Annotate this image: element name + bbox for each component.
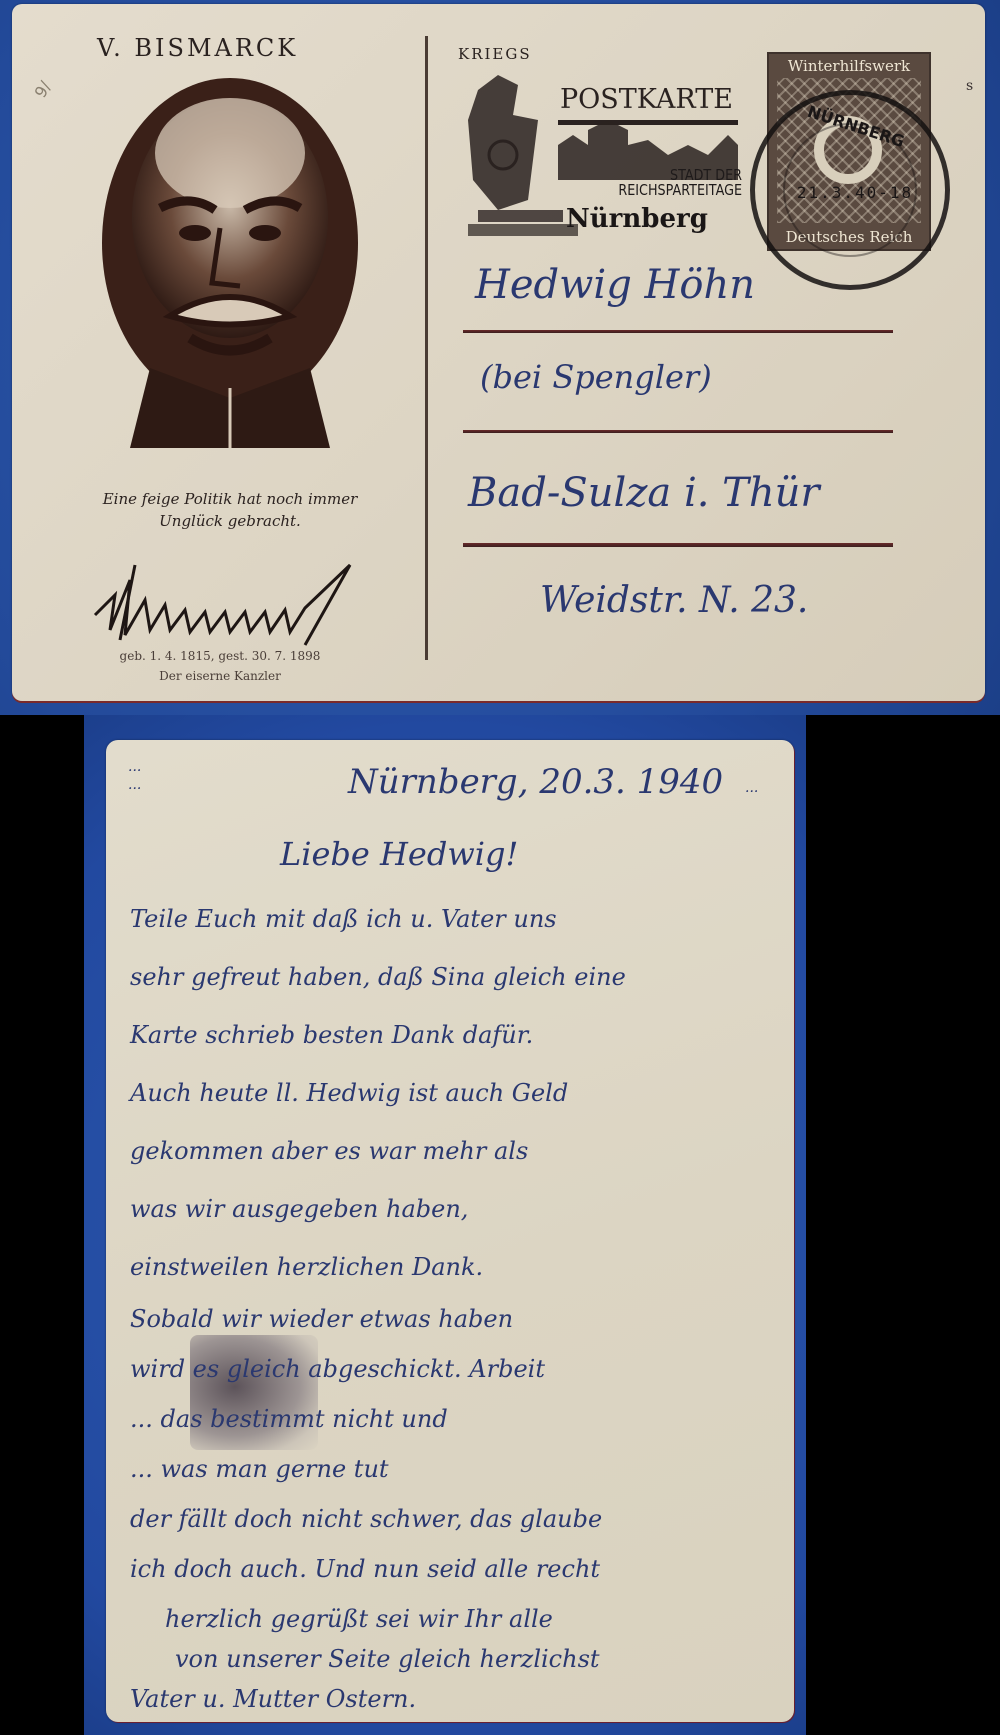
quote-line-2: Unglück gebracht. — [80, 510, 380, 532]
letter-line: herzlich gegrüßt sei wir Ihr alle — [165, 1605, 553, 1633]
letter-line: gekommen aber es war mehr als — [130, 1137, 528, 1165]
address-rule-1 — [463, 330, 893, 333]
slogan-line-2: REICHSPARTEITAGE — [615, 183, 743, 198]
letter-line: ... das bestimmt nicht und — [130, 1405, 448, 1433]
letter-line: von unserer Seite gleich herzlichst — [175, 1645, 600, 1673]
margin-note-right: ... — [745, 780, 758, 796]
stamp-top-text: Winterhilfswerk — [769, 57, 929, 75]
life-dates: geb. 1. 4. 1815, gest. 30. 7. 1898 Der e… — [90, 646, 350, 686]
letter-line: Sobald wir wieder etwas haben — [130, 1305, 513, 1333]
address-rule-2 — [463, 430, 893, 433]
letter-line: Karte schrieb besten Dank dafür. — [130, 1021, 533, 1049]
address-town: Bad-Sulza i. Thür — [468, 470, 820, 516]
address-street: Weidstr. N. 23. — [540, 580, 808, 621]
letter-line: ... was man gerne tut — [130, 1455, 389, 1483]
epithet: Der eiserne Kanzler — [90, 666, 350, 686]
birth-death-dates: geb. 1. 4. 1815, gest. 30. 7. 1898 — [90, 646, 350, 666]
side-mark: s — [966, 78, 973, 94]
address-care-of: (bei Spengler) — [480, 358, 712, 396]
margin-note: ... — [128, 776, 141, 794]
address-rule-3 — [463, 543, 893, 547]
letter-signoff: Vater u. Mutter Ostern. — [130, 1685, 416, 1713]
letter-line: wird es gleich abgeschickt. Arbeit — [130, 1355, 545, 1383]
card-title: V. BISMARCK — [97, 34, 298, 62]
bismarck-signature-icon — [90, 560, 370, 650]
margin-note: ... — [128, 758, 141, 776]
letter-line: was wir ausgegeben haben, — [130, 1195, 468, 1223]
card-divider — [425, 36, 428, 660]
letter-line: Auch heute ll. Hedwig ist auch Geld — [130, 1079, 568, 1107]
slogan-text: STADT DER REICHSPARTEITAGE — [615, 168, 743, 198]
address-name: Hedwig Höhn — [475, 262, 755, 308]
postmark-icon: NÜRNBERG 21.3.40-18 — [750, 90, 950, 290]
letter-line: ich doch auch. Und nun seid alle recht — [130, 1555, 600, 1583]
postmark-date: 21.3.40-18 — [785, 183, 925, 202]
letter-header: Nürnberg, 20.3. 1940 — [348, 762, 723, 802]
letter-line: Teile Euch mit daß ich u. Vater uns — [130, 905, 557, 933]
letter-line: der fällt doch nicht schwer, das glaube — [130, 1505, 602, 1533]
slogan-city: Nürnberg — [566, 204, 708, 234]
letter-line: einstweilen herzlichen Dank. — [130, 1253, 483, 1281]
bismarck-portrait-icon — [90, 68, 370, 448]
margin-notes-left: ... ... — [128, 758, 141, 794]
letter-greeting: Liebe Hedwig! — [280, 835, 518, 873]
bismarck-quote: Eine feige Politik hat noch immer Unglüc… — [80, 488, 380, 532]
letter-line: sehr gefreut haben, daß Sina gleich eine — [130, 963, 626, 991]
quote-line-1: Eine feige Politik hat noch immer — [80, 488, 380, 510]
